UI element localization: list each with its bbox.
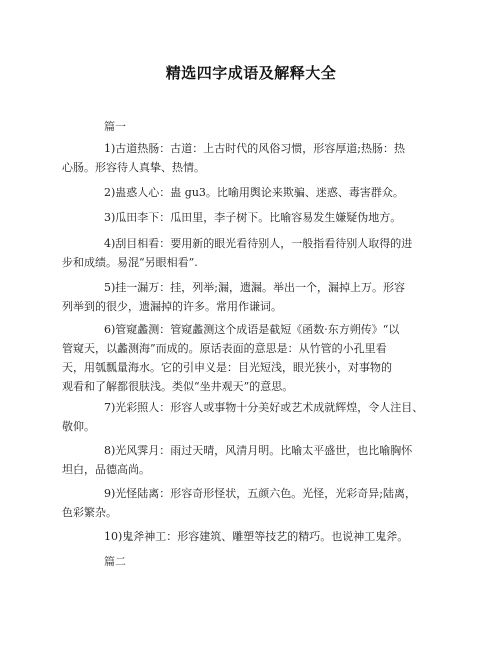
idiom-line: 敬仰。: [62, 417, 442, 436]
idiom-line: 6)管窥蠡测：管窥蠡测这个成语是截短《函数·东方朔传》“以: [62, 320, 442, 339]
idiom-item-5: 5)挂一漏万：挂，列举;漏，遗漏。举出一个，漏掉上万。形容 列举到的很少，遗漏掉…: [62, 278, 442, 316]
idiom-line: 列举到的很少，遗漏掉的许多。常用作谦词。: [62, 297, 442, 316]
idiom-line: 7)光彩照人：形容人或事物十分美好或艺术成就辉煌，令人注目、: [62, 398, 442, 417]
idiom-line: 9)光怪陆离：形容奇形怪状，五颜六色。光怪，光彩奇异;陆离，: [62, 484, 442, 503]
idiom-line: 步和成绩。易混“另眼相看”.: [62, 253, 442, 272]
section-heading-2: 篇二: [104, 553, 126, 569]
idiom-item-1: 1)古道热肠：古道：上古时代的风俗习惯，形容厚道;热肠：热 心肠。形容待人真挚、…: [62, 139, 442, 177]
idiom-line: 3)瓜田李下：瓜田里，李子树下。比喻容易发生嫌疑伪地方。: [62, 208, 442, 227]
idiom-line: 色彩繁杂。: [62, 503, 442, 522]
idiom-item-8: 8)光风霁月：雨过天晴，风清月明。比喻太平盛世，也比喻胸怀 坦白，品德高尚。: [62, 441, 442, 479]
idiom-line: 4)刮目相看：要用新的眼光看待别人，一般指看待别人取得的进: [62, 234, 442, 253]
idiom-line: 8)光风霁月：雨过天晴，风清月明。比喻太平盛世，也比喻胸怀: [62, 441, 442, 460]
idiom-line: 管窥天，以蠡测海”而成的。原话表面的意思是：从竹管的小孔里看: [62, 339, 442, 358]
idiom-line: 坦白，品德高尚。: [62, 460, 442, 479]
idiom-line: 天，用瓠瓢量海水。它的引申义是：目光短浅，眼光狭小，对事物的: [62, 358, 442, 377]
idiom-item-10: 10)鬼斧神工：形容建筑、雕塑等技艺的精巧。也说神工鬼斧。: [62, 527, 442, 546]
idiom-line: 心肠。形容待人真挚、热情。: [62, 158, 442, 177]
idiom-item-6: 6)管窥蠡测：管窥蠡测这个成语是截短《函数·东方朔传》“以 管窥天，以蠡测海”而…: [62, 320, 442, 396]
idiom-line: 观看和了解都很肤浅。类似“坐井观天”的意思。: [62, 377, 442, 396]
idiom-line: 2)蛊惑人心：蛊 gu3。比喻用舆论来欺骗、迷惑、毒害群众。: [62, 183, 442, 202]
idiom-item-4: 4)刮目相看：要用新的眼光看待别人，一般指看待别人取得的进 步和成绩。易混“另眼…: [62, 234, 442, 272]
idiom-line: 1)古道热肠：古道：上古时代的风俗习惯，形容厚道;热肠：热: [62, 139, 442, 158]
idiom-line: 10)鬼斧神工：形容建筑、雕塑等技艺的精巧。也说神工鬼斧。: [62, 527, 442, 546]
document-title: 精选四字成语及解释大全: [0, 62, 502, 83]
idiom-item-9: 9)光怪陆离：形容奇形怪状，五颜六色。光怪，光彩奇异;陆离， 色彩繁杂。: [62, 484, 442, 522]
section-heading-1: 篇一: [104, 118, 126, 134]
idiom-line: 5)挂一漏万：挂，列举;漏，遗漏。举出一个，漏掉上万。形容: [62, 278, 442, 297]
idiom-item-7: 7)光彩照人：形容人或事物十分美好或艺术成就辉煌，令人注目、 敬仰。: [62, 398, 442, 436]
idiom-item-3: 3)瓜田李下：瓜田里，李子树下。比喻容易发生嫌疑伪地方。: [62, 208, 442, 227]
idiom-item-2: 2)蛊惑人心：蛊 gu3。比喻用舆论来欺骗、迷惑、毒害群众。: [62, 183, 442, 202]
